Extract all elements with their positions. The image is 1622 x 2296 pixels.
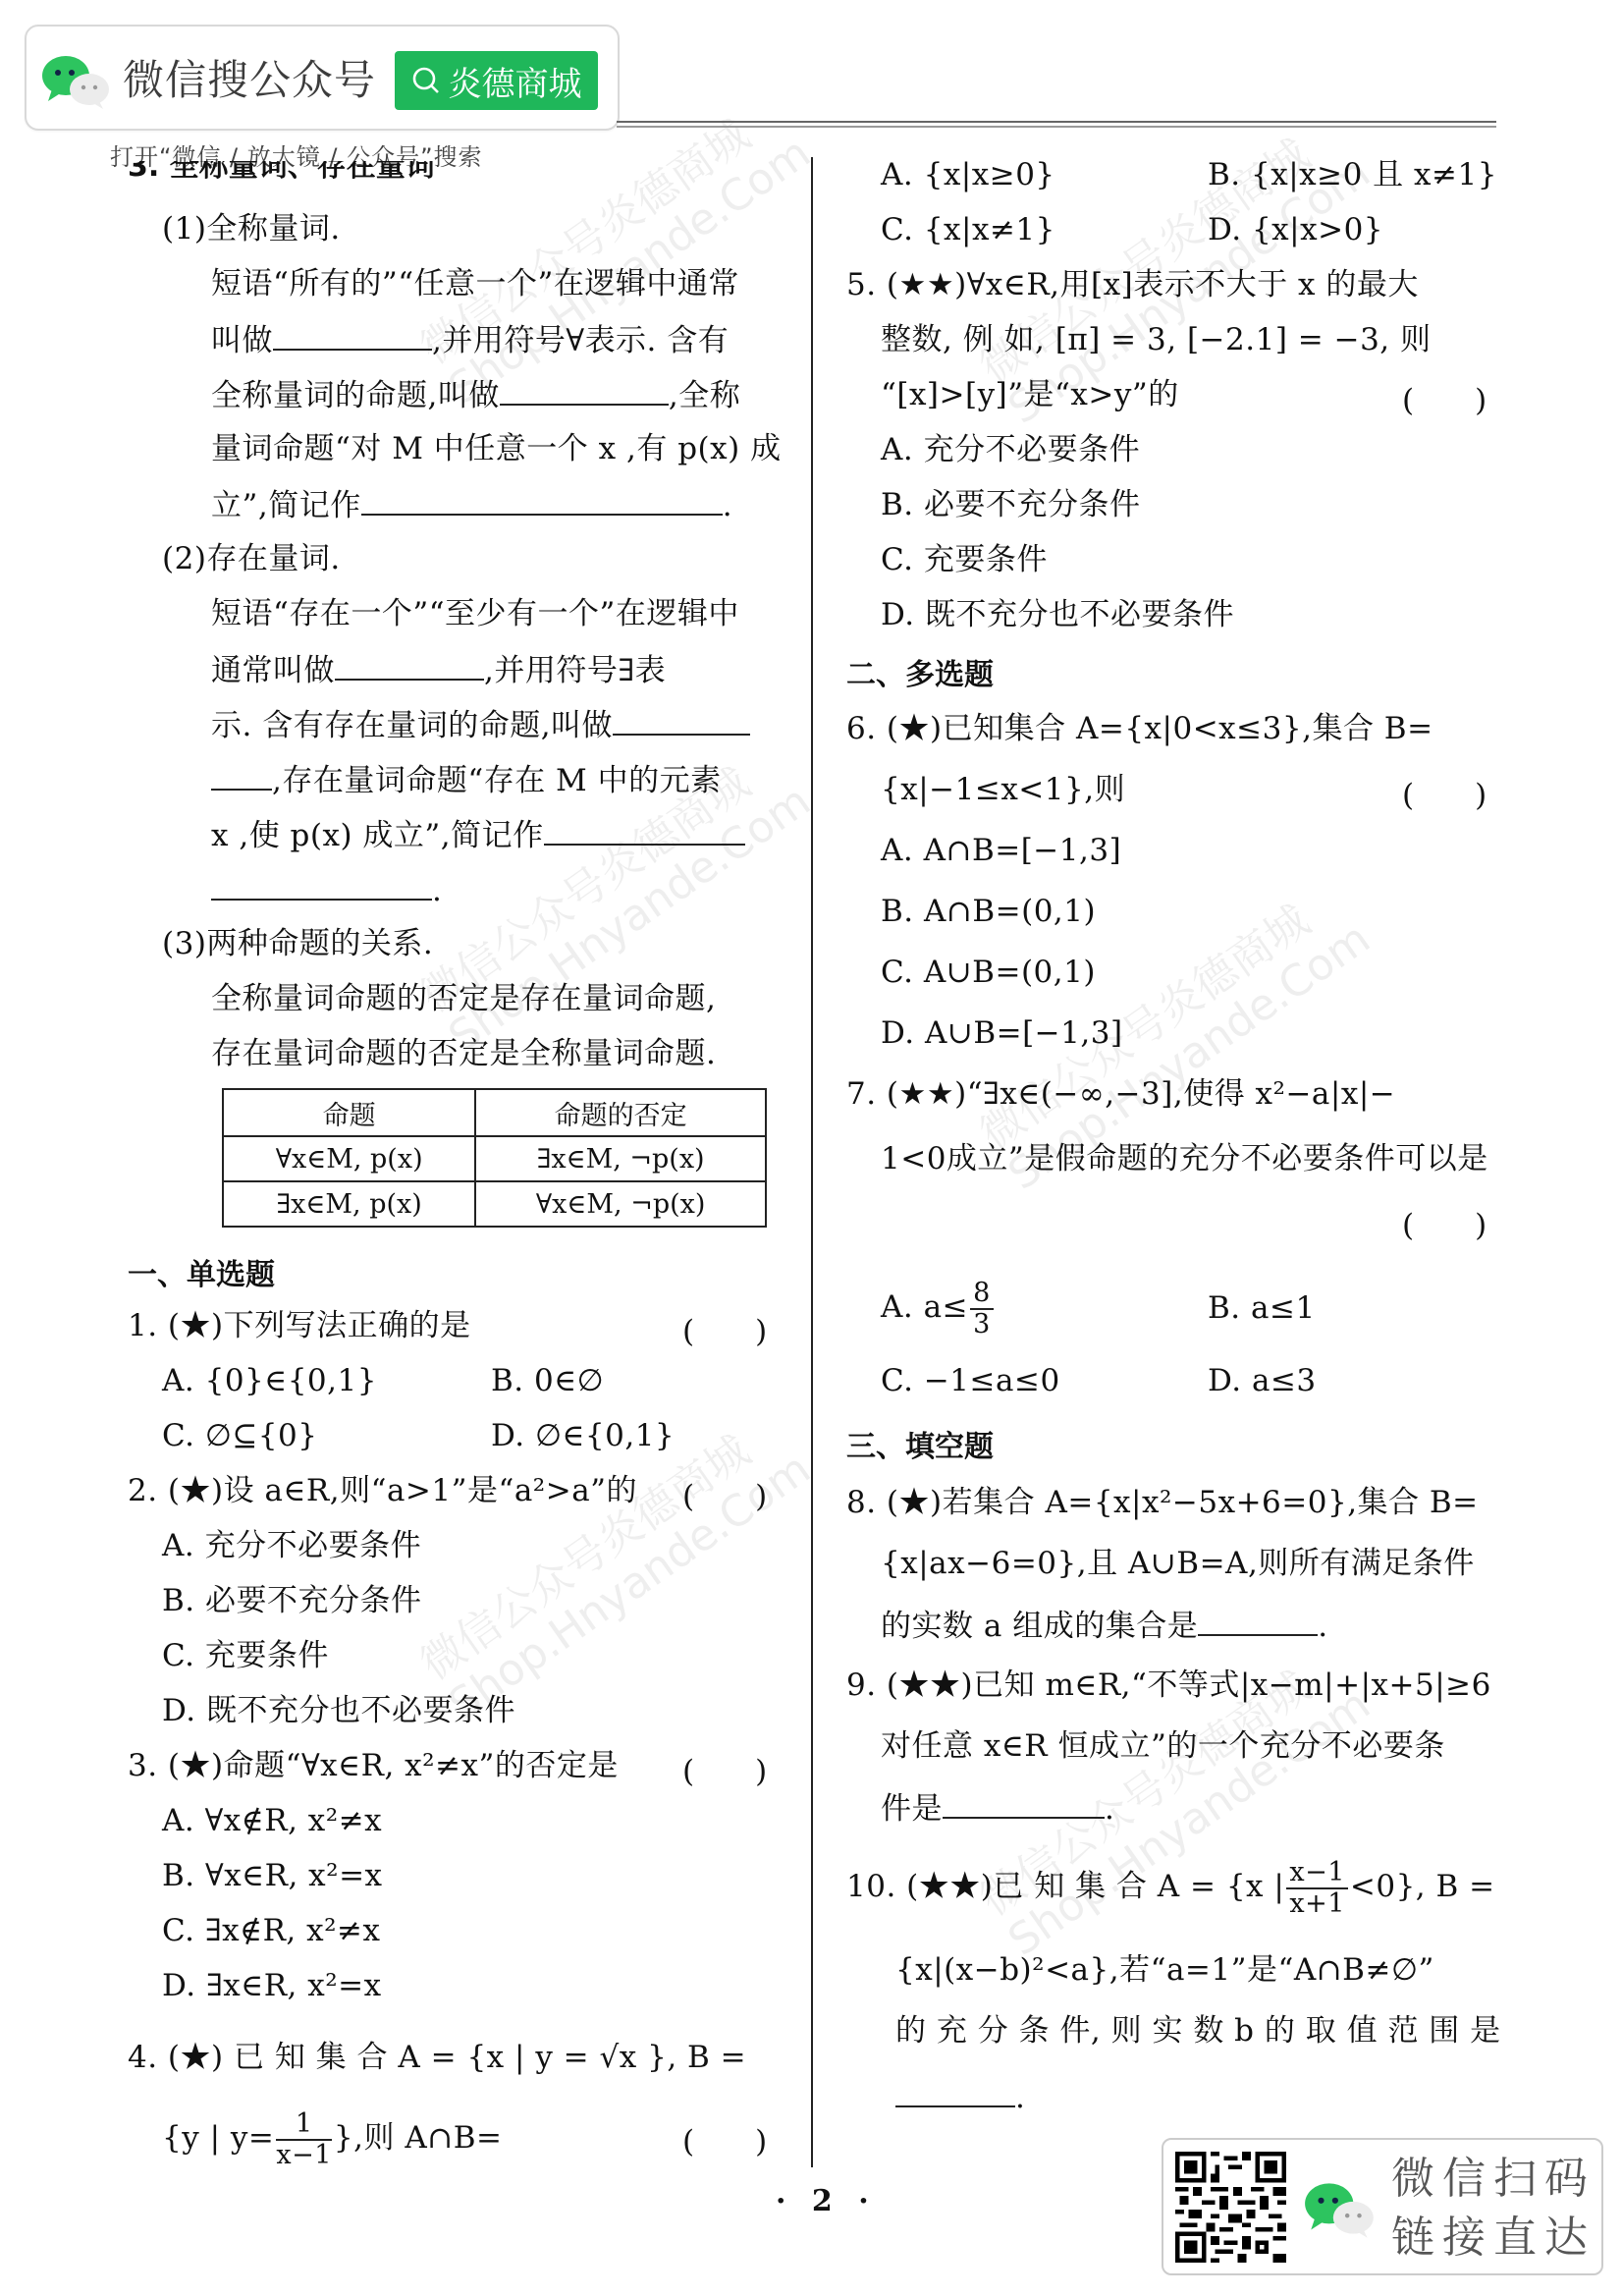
section-fill-in: 三、填空题 (846, 1422, 994, 1465)
table-row: ∀x∈M, p(x)∃x∈M, ¬p(x) (223, 1136, 766, 1181)
subsection-universal-title: (1)全称量词. (162, 209, 341, 248)
option-D[interactable]: D. 既不充分也不必要条件 (162, 1691, 515, 1730)
subsection-existential-title: (2)存在量词. (162, 539, 341, 578)
text-line: 通常叫做,并用符号∃表 (211, 649, 666, 690)
clipped-section-heading: 3. 全称量词、存在量词 (128, 161, 435, 183)
text-line: . (895, 2076, 1025, 2117)
option-A[interactable]: A. {x|x≥0} (881, 155, 1055, 194)
answer-blank[interactable] (544, 814, 745, 846)
wechat-logo-icon (38, 50, 115, 111)
question-4-stem: 4. (★) 已 知 集 合 A = {x | y = √x }, B = (128, 2038, 746, 2077)
question-2-stem: 2. (★)设 a∈R,则“a>1”是“a²>a”的 (128, 1471, 637, 1510)
wechat-search-banner: 微信搜公众号 炎德商城 (25, 25, 620, 131)
banner-title: 微信搜公众号 (123, 48, 376, 107)
option-B[interactable]: B. ∀x∈R, x²=x (162, 1856, 383, 1895)
option-B[interactable]: B. {x|x≥0 且 x≠1} (1208, 155, 1497, 194)
option-A[interactable]: A. 充分不必要条件 (881, 430, 1140, 469)
header-rule (617, 126, 1496, 128)
text-line: {x|(x−b)²<a},若“a=1”是“A∩B≠∅” (895, 1950, 1434, 1990)
answer-paren[interactable]: ( ) (1402, 375, 1487, 419)
text-line: 量词命题“对 M 中任意一个 x ,有 p(x) 成 (211, 429, 782, 468)
qr-code-icon (1175, 2152, 1286, 2263)
option-D[interactable]: D. {x|x>0} (1208, 210, 1383, 249)
table-row: ∃x∈M, p(x)∀x∈M, ¬p(x) (223, 1181, 766, 1227)
header-rule (617, 121, 1496, 123)
text-line: 短语“存在一个”“至少有一个”在逻辑中 (211, 594, 739, 633)
text-line: 的实数 a 组成的集合是. (881, 1605, 1328, 1646)
option-D[interactable]: D. ∃x∈R, x²=x (162, 1966, 382, 2005)
wechat-logo-icon (1301, 2177, 1379, 2240)
option-A[interactable]: A. ∀x∉R, x²≠x (162, 1801, 382, 1840)
search-shop-label: 炎德商城 (449, 57, 582, 105)
text-line: 存在量词命题的否定是全称量词命题. (211, 1034, 716, 1073)
question-6-stem: 6. (★)已知集合 A={x|0<x≤3},集合 B= (846, 709, 1433, 748)
question-5-stem: 5. (★★)∀x∈R,用[x]表示不大于 x 的最大 (846, 265, 1419, 304)
answer-paren[interactable]: ( ) (1402, 770, 1487, 814)
option-A[interactable]: A. A∩B=[−1,3] (881, 831, 1121, 870)
answer-blank[interactable] (613, 704, 750, 736)
option-C[interactable]: C. A∪B=(0,1) (881, 953, 1096, 992)
fraction: x−1x+1 (1286, 1858, 1348, 1919)
question-1-stem: 1. (★)下列写法正确的是 (128, 1306, 471, 1345)
option-C[interactable]: C. 充要条件 (881, 540, 1048, 579)
option-C[interactable]: C. −1≤a≤0 (881, 1361, 1060, 1400)
option-C[interactable]: C. ∃x∉R, x²≠x (162, 1911, 381, 1950)
answer-blank[interactable] (273, 319, 432, 351)
column-divider (811, 157, 813, 2167)
option-C[interactable]: C. ∅⊆{0} (162, 1416, 317, 1455)
section-single-choice: 一、单选题 (128, 1250, 275, 1293)
search-shop-button[interactable]: 炎德商城 (395, 51, 598, 110)
negation-table: 命题命题的否定 ∀x∈M, p(x)∃x∈M, ¬p(x) ∃x∈M, p(x)… (222, 1088, 767, 1228)
option-C[interactable]: C. 充要条件 (162, 1636, 329, 1675)
answer-blank[interactable] (335, 649, 484, 681)
answer-blank[interactable] (943, 1787, 1105, 1819)
text-line: . (211, 869, 442, 910)
answer-blank[interactable] (500, 374, 669, 406)
text-line: x ,使 p(x) 成立”,简记作 (211, 814, 745, 855)
option-D[interactable]: D. a≤3 (1208, 1361, 1317, 1400)
qr-banner[interactable]: 微信扫码 链接直达 (1162, 2138, 1603, 2275)
subsection-relation-title: (3)两种命题的关系. (162, 924, 433, 963)
option-B[interactable]: B. 0∈∅ (491, 1361, 604, 1400)
option-A[interactable]: A. a≤83 (881, 1273, 996, 1341)
option-C[interactable]: C. {x|x≠1} (881, 210, 1055, 249)
answer-blank[interactable] (361, 484, 723, 516)
option-D[interactable]: D. A∪B=[−1,3] (881, 1013, 1123, 1053)
option-A[interactable]: A. 充分不必要条件 (162, 1526, 421, 1565)
question-9-stem: 9. (★★)已知 m∈R,“不等式|x−m|+|x+5|≥6 (846, 1666, 1491, 1705)
text-line: 示. 含有存在量词的命题,叫做 (211, 704, 750, 745)
text-line: 件是. (881, 1787, 1114, 1829)
answer-blank[interactable] (1198, 1605, 1318, 1636)
answer-paren[interactable]: ( ) (682, 2116, 767, 2160)
text-line: 对任意 x∈R 恒成立”的一个充分不必要条 (881, 1726, 1445, 1766)
option-B[interactable]: B. A∩B=(0,1) (881, 892, 1096, 931)
text-line: 短语“所有的”“任意一个”在逻辑中通常 (211, 264, 739, 303)
question-10-stem: 10. (★★)已 知 集 合 A = {x |x−1x+1<0}, B = (846, 1852, 1495, 1921)
answer-blank[interactable] (895, 2076, 1015, 2107)
text-line: 1<0成立”是假命题的充分不必要条件可以是 (881, 1139, 1488, 1178)
answer-paren[interactable]: ( ) (682, 1746, 767, 1790)
option-A[interactable]: A. {0}∈{0,1} (162, 1361, 377, 1400)
text-line: 全称量词的命题,叫做,全称 (211, 374, 740, 415)
text-line: 叫做,并用符号∀表示. 含有 (211, 319, 729, 360)
text-line: {x|ax−6=0},且 A∪B=A,则所有满足条件 (881, 1544, 1475, 1583)
table-header: 命题 (223, 1089, 475, 1136)
option-B[interactable]: B. a≤1 (1208, 1288, 1316, 1328)
question-8-stem: 8. (★)若集合 A={x|x²−5x+6=0},集合 B= (846, 1483, 1479, 1522)
table-header: 命题的否定 (475, 1089, 766, 1136)
text-line: 全称量词命题的否定是存在量词命题, (211, 979, 716, 1018)
option-D[interactable]: D. 既不充分也不必要条件 (881, 595, 1234, 634)
answer-paren[interactable]: ( ) (682, 1306, 767, 1350)
text-line: “[x]>[y]”是“x>y”的 (881, 375, 1179, 414)
option-B[interactable]: B. 必要不充分条件 (881, 485, 1141, 524)
text-line: 整数, 例 如, [π] = 3, [−2.1] = −3, 则 (881, 320, 1432, 359)
fraction: 83 (970, 1279, 994, 1339)
qr-caption: 微信扫码 链接直达 (1391, 2150, 1595, 2268)
text-line: 的 充 分 条 件, 则 实 数 b 的 取 值 范 围 是 (895, 2011, 1501, 2050)
text-line: ,存在量词命题“存在 M 中的元素 (211, 759, 722, 800)
search-icon (411, 66, 441, 95)
answer-paren[interactable]: ( ) (682, 1471, 767, 1515)
option-D[interactable]: D. ∅∈{0,1} (491, 1416, 675, 1455)
page-number: · 2 · (776, 2184, 877, 2218)
question-4-stem-line2: {y | y=1x−1},则 A∩B= (162, 2104, 502, 2172)
question-3-stem: 3. (★)命题“∀x∈R, x²≠x”的否定是 (128, 1746, 619, 1785)
section-multiple-choice: 二、多选题 (846, 650, 994, 693)
question-7-stem: 7. (★★)“∃x∈(−∞,−3],使得 x²−a|x|− (846, 1074, 1395, 1114)
fraction: 1x−1 (276, 2109, 332, 2170)
text-line: {x|−1≤x<1},则 (881, 770, 1125, 809)
option-B[interactable]: B. 必要不充分条件 (162, 1581, 422, 1620)
answer-blank[interactable] (211, 759, 272, 791)
answer-blank[interactable] (211, 869, 432, 901)
text-line: 立”,简记作. (211, 484, 732, 525)
answer-paren[interactable]: ( ) (1402, 1200, 1487, 1244)
